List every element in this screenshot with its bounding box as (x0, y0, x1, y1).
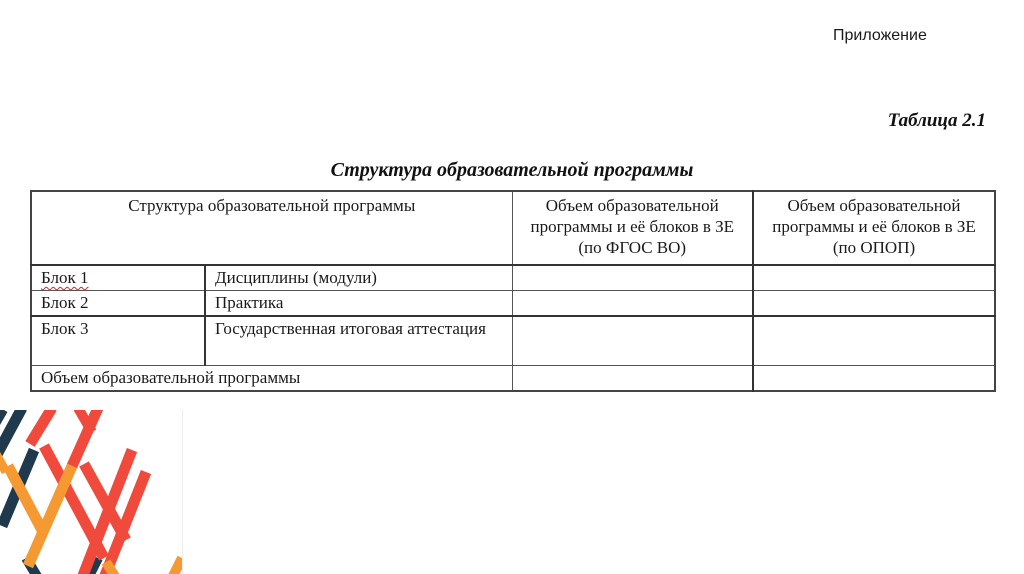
table-row: Блок 3 Государственная итоговая аттестац… (31, 316, 995, 366)
table-row: Блок 1 Дисциплины (модули) (31, 265, 995, 291)
appendix-label: Приложение (833, 27, 927, 45)
total-fgos-cell[interactable] (512, 366, 753, 392)
opop-value-cell[interactable] (753, 265, 995, 291)
stripes-pattern-icon (0, 410, 182, 574)
opop-value-cell[interactable] (753, 316, 995, 366)
table-title: Структура образовательной программы (0, 159, 1024, 182)
table-total-row: Объем образовательной программы (31, 366, 995, 392)
block-cell: Блок 1 (31, 265, 205, 291)
block-cell: Блок 2 (31, 291, 205, 317)
block-cell: Блок 3 (31, 316, 205, 366)
header-cell-opop: Объем образовательной программы и её бло… (753, 191, 995, 265)
total-label-cell: Объем образовательной программы (31, 366, 512, 392)
block-name-cell: Государственная итоговая аттестация (205, 316, 512, 366)
fgos-value-cell[interactable] (512, 316, 753, 366)
block-name-cell: Практика (205, 291, 512, 317)
opop-value-cell[interactable] (753, 291, 995, 317)
table-header-row: Структура образовательной программы Объе… (31, 191, 995, 265)
fgos-value-cell[interactable] (512, 265, 753, 291)
block-label: Блок 1 (41, 268, 89, 287)
decorative-stripes-graphic (0, 410, 183, 574)
table-row: Блок 2 Практика (31, 291, 995, 317)
fgos-value-cell[interactable] (512, 291, 753, 317)
header-cell-fgos: Объем образовательной программы и её бло… (512, 191, 753, 265)
block-name-cell: Дисциплины (модули) (205, 265, 512, 291)
total-opop-cell[interactable] (753, 366, 995, 392)
header-cell-structure: Структура образовательной программы (31, 191, 512, 265)
program-structure-table: Структура образовательной программы Объе… (30, 190, 996, 392)
table-number: Таблица 2.1 (888, 110, 986, 132)
